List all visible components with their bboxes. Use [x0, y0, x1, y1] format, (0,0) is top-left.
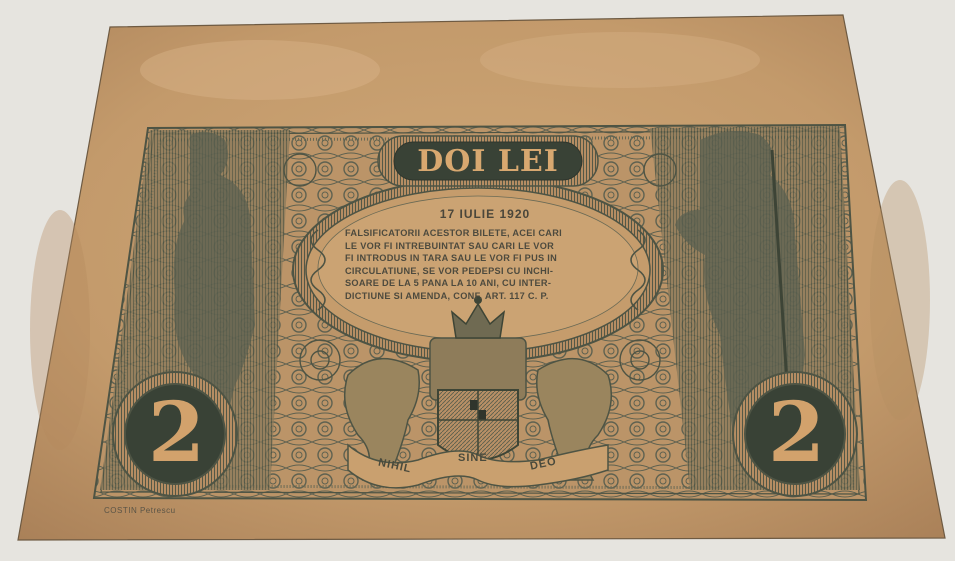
issue-date: 17 IULIE 1920: [410, 207, 560, 221]
motto-word: SINE: [458, 452, 488, 464]
corner-numeral-left: 2: [148, 392, 205, 474]
warning-line: FALSIFICATORII ACESTOR BILETE, ACEI CARI: [345, 227, 620, 240]
warning-line: DICTIUNE SI AMENDA, CONF. ART. 117 C. P.: [345, 290, 620, 303]
counterfeit-warning: FALSIFICATORII ACESTOR BILETE, ACEI CARI…: [345, 227, 620, 303]
engraver-signature: COSTIN Petrescu: [104, 506, 176, 515]
corner-numeral-right: 2: [768, 392, 825, 474]
photo-scene: DOI LEI 17 IULIE 1920 FALSIFICATORII ACE…: [0, 0, 955, 561]
warning-line: CIRCULATIUNE, SE VOR PEDEPSI CU INCHI-: [345, 265, 620, 278]
warning-line: LE VOR FI INTREBUINTAT SAU CARI LE VOR: [345, 240, 620, 253]
warning-line: FI INTRODUS IN TARA SAU LE VOR FI PUS IN: [345, 252, 620, 265]
denomination-title: DOI LEI: [398, 142, 578, 180]
warning-line: SOARE DE LA 5 PANA LA 10 ANI, CU INTER-: [345, 277, 620, 290]
